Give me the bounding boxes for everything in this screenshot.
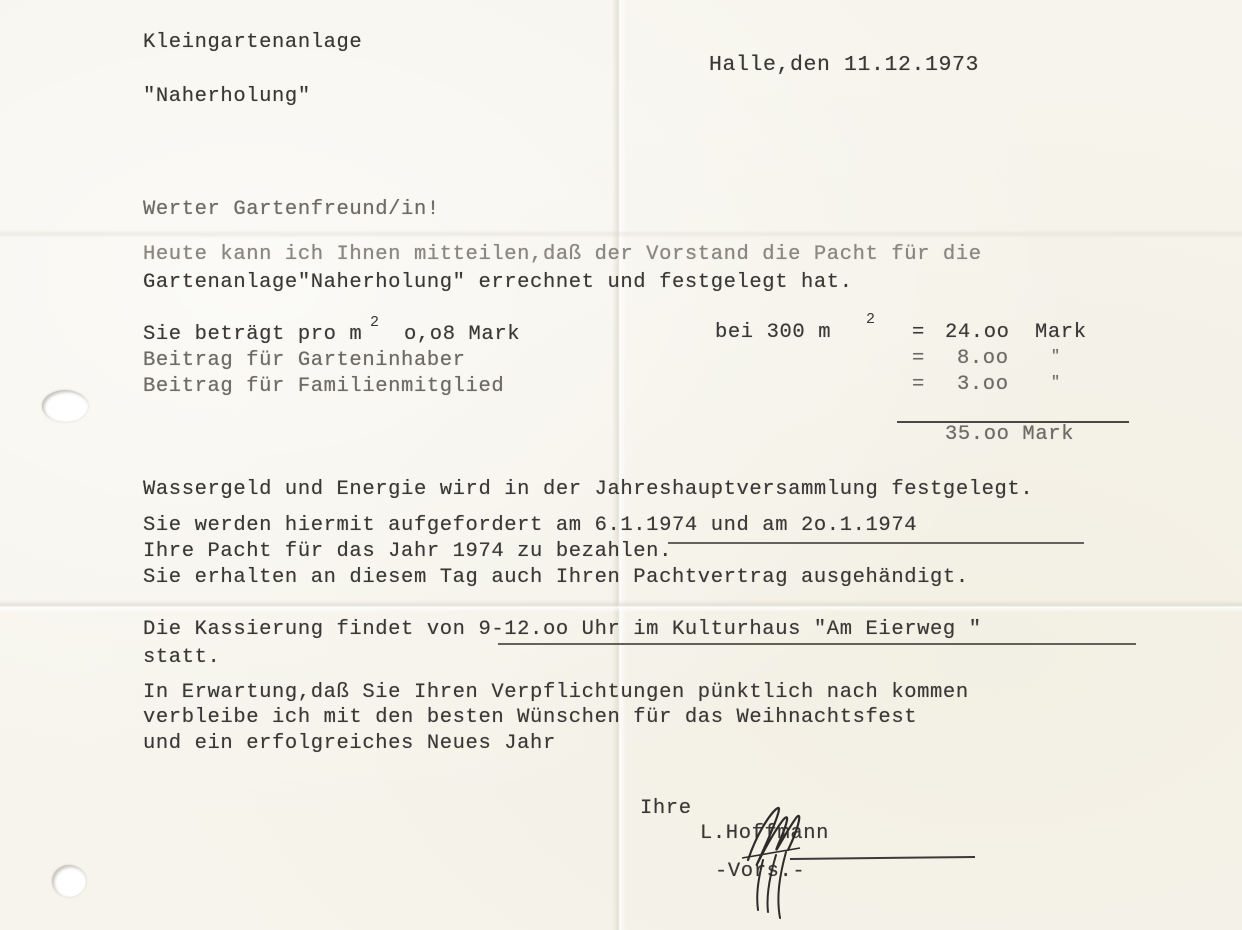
fee-amount: 8.oo <box>957 349 1009 370</box>
salutation: Werter Gartenfreund/in! <box>143 200 440 221</box>
punch-hole-icon <box>52 865 86 897</box>
fold-line-horizontal-faint <box>0 230 1242 238</box>
fee-basis-sup: 2 <box>866 311 875 328</box>
fee-equals: = <box>912 323 925 344</box>
fee-unit: Mark <box>1035 323 1087 344</box>
fee-row-label-sup: 2 <box>370 314 379 331</box>
sender-line-1: Kleingartenanlage <box>143 33 362 54</box>
closing-line-2: verbleibe ich mit den besten Wünschen fü… <box>143 708 917 729</box>
fee-row-label: Beitrag für Garteninhaber <box>143 351 466 372</box>
punch-hole-icon <box>42 390 88 422</box>
fee-amount: 3.oo <box>957 375 1009 396</box>
water-energy-note: Wassergeld und Energie wird in der Jahre… <box>143 480 1033 501</box>
intro-line-1: Heute kann ich Ihnen mitteilen,daß der V… <box>143 245 982 266</box>
letter-paper: Kleingartenanlage "Naherholung" Halle,de… <box>0 0 1242 930</box>
fee-equals: = <box>912 349 925 370</box>
fee-basis: bei 300 m <box>715 323 831 344</box>
intro-line-2: Gartenanlage"Naherholung" errechnet und … <box>143 273 853 294</box>
closing-line-3: und ein erfolgreiches Neues Jahr <box>143 734 556 755</box>
fee-row-label: Sie beträgt pro m <box>143 325 362 346</box>
payment-dates-underline <box>668 542 1084 544</box>
handwritten-signature-icon <box>728 800 818 920</box>
fee-amount: 24.oo <box>945 323 1010 344</box>
fee-unit: " <box>1051 349 1061 364</box>
fee-unit: " <box>1051 375 1061 390</box>
fee-row-label: Beitrag für Familienmitglied <box>143 377 504 398</box>
collection-underline <box>498 643 1136 645</box>
payment-line-3: Sie erhalten an diesem Tag auch Ihren Pa… <box>143 568 969 589</box>
fold-line-horizontal <box>0 600 1242 612</box>
fee-equals: = <box>912 375 925 396</box>
payment-line-2: Ihre Pacht für das Jahr 1974 zu bezahlen… <box>143 542 672 563</box>
fold-line-vertical <box>612 0 626 930</box>
payment-line-1: Sie werden hiermit aufgefordert am 6.1.1… <box>143 516 917 537</box>
fee-total: 35.oo Mark <box>945 425 1074 446</box>
collection-line-1: Die Kassierung findet von 9-12.oo Uhr im… <box>143 620 982 641</box>
place-date: Halle,den 11.12.1973 <box>709 55 979 77</box>
collection-line-2: statt. <box>143 648 220 669</box>
fee-rate: o,o8 Mark <box>404 325 520 346</box>
closing-line-1: In Erwartung,daß Sie Ihren Verpflichtung… <box>143 683 969 704</box>
signoff-greeting: Ihre <box>640 799 692 820</box>
sender-line-2: "Naherholung" <box>143 87 311 108</box>
